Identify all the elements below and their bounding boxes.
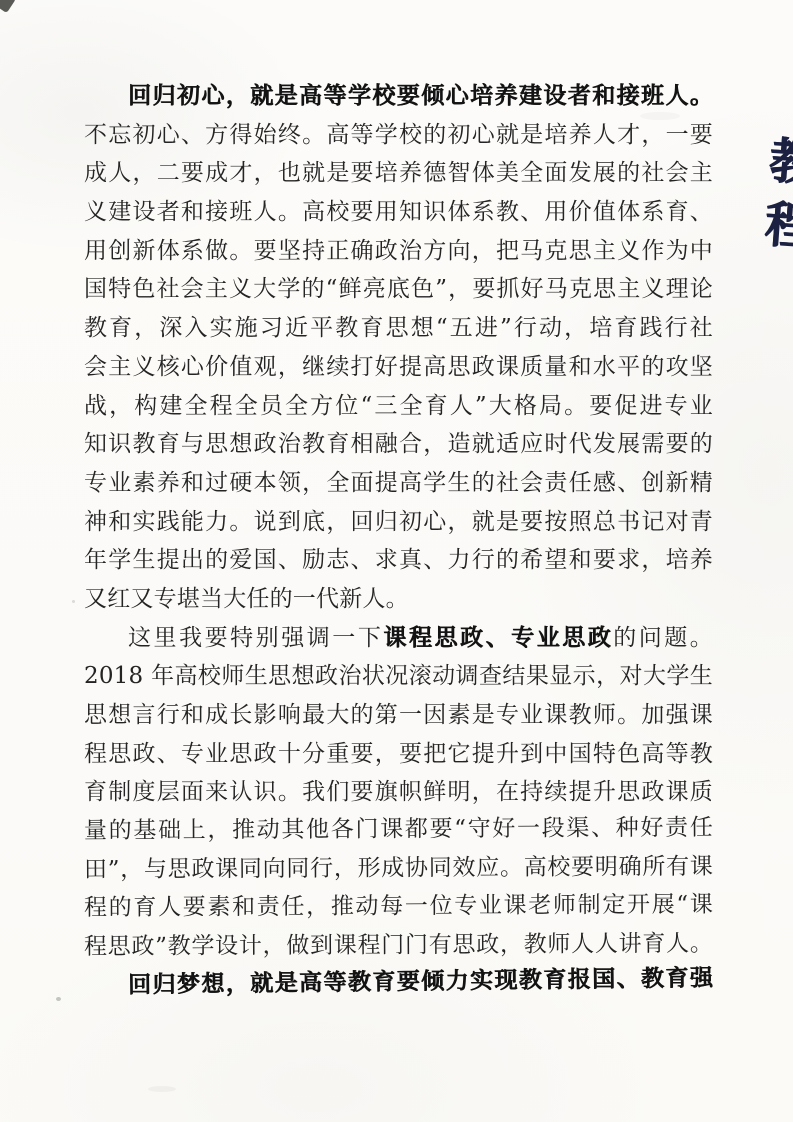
text-line: 量的基础上，推动其他各门课都要“守好一段渠、种好责任 <box>84 809 713 851</box>
scanned-document-page: 回归初心，就是高等学校要倾心培养建设者和接班人。不忘初心、方得始终。高等学校的初… <box>0 0 793 1122</box>
margin-note-char: 教 <box>767 133 793 192</box>
text-line: 田”，与思政课同向同行，形成协同效应。高校要明确所有课 <box>84 847 713 889</box>
text-segment: 育制度层面来认识。我们要旗帜鲜明，在持续提升思政课质 <box>84 779 713 805</box>
text-segment: 程的育人要素和责任，推动每一位专业课老师制定开展“课 <box>84 892 713 921</box>
text-line: 回归梦想，就是高等教育要倾力实现教育报国、教育强 <box>84 959 713 1005</box>
text-line: 知识教育与思想政治教育相融合，造就适应时代发展需要的 <box>84 425 713 464</box>
text-segment: 不忘初心、方得始终。高等学校的初心就是培养人才，一要 <box>84 122 713 148</box>
text-segment: 2018 年高校师生思想政治状况滚动调查结果显示，对大学生 <box>84 663 713 689</box>
text-segment: 量的基础上，推动其他各门课都要“守好一段渠、种好责任 <box>84 815 713 844</box>
text-line: 程的育人要素和责任，推动每一位专业课老师制定开展“课 <box>84 886 713 928</box>
text-line: 2018 年高校师生思想政治状况滚动调查结果显示，对大学生 <box>84 657 713 696</box>
text-line: 年学生提出的爱国、励志、求真、力行的希望和要求，培养 <box>84 541 713 580</box>
text-segment: 义建设者和接班人。高校要用知识体系教、用价值体系育、 <box>84 199 713 225</box>
text-line: 义建设者和接班人。高校要用知识体系教、用价值体系育、 <box>84 193 713 232</box>
text-segment: 神和实践能力。说到底，回归初心，就是要按照总书记对青 <box>84 509 713 535</box>
text-segment: 思想言行和成长影响最大的第一因素是专业课教师。加强课 <box>84 702 713 728</box>
text-segment: 田”，与思政课同向同行，形成协同效应。高校要明确所有课 <box>84 853 713 882</box>
bold-text-segment: 回归梦想，就是高等教育要倾力实现教育报国、教育强 <box>128 964 713 998</box>
text-segment: 战，构建全程全员全方位“三全育人”大格局。要促进专业 <box>84 393 713 419</box>
text-segment: 又红又专堪当大任的一代新人。 <box>84 586 409 612</box>
text-line: 教育，深入实施习近平教育思想“五进”行动，培育践行社 <box>84 309 713 348</box>
text-segment: 知识教育与思想政治教育相融合，造就适应时代发展需要的 <box>84 431 713 457</box>
text-segment: 的问题。 <box>613 625 713 651</box>
scan-speck <box>56 997 61 1001</box>
text-segment: 教育，深入实施习近平教育思想“五进”行动，培育践行社 <box>84 315 713 341</box>
text-segment: 这里我要特别强调一下 <box>128 625 383 651</box>
text-segment: 程思政”教学设计，做到课程门门有思政，教师人人讲育人。 <box>84 931 713 960</box>
scan-smudge <box>148 1086 176 1092</box>
scan-smudge <box>640 112 680 120</box>
text-line: 程思政、专业思政十分重要，要把它提升到中国特色高等教 <box>84 735 713 774</box>
text-line: 育制度层面来认识。我们要旗帜鲜明，在持续提升思政课质 <box>84 773 713 812</box>
text-line: 思想言行和成长影响最大的第一因素是专业课教师。加强课 <box>84 696 713 735</box>
margin-note-fragment: 教 程 <box>763 133 793 256</box>
text-line: 会主义核心价值观，继续打好提高思政课质量和水平的攻坚 <box>84 348 713 387</box>
text-line: 神和实践能力。说到底，回归初心，就是要按照总书记对青 <box>84 503 713 542</box>
text-line: 又红又专堪当大任的一代新人。 <box>84 580 713 619</box>
margin-note-char: 程 <box>763 197 793 256</box>
text-segment: 年学生提出的爱国、励志、求真、力行的希望和要求，培养 <box>84 547 713 573</box>
text-segment: 会主义核心价值观，继续打好提高思政课质量和水平的攻坚 <box>84 354 713 380</box>
bold-text-segment: 课程思政、专业思政 <box>383 624 613 651</box>
text-line: 专业素养和过硬本领，全面提高学生的社会责任感、创新精 <box>84 464 713 503</box>
bold-text-segment: 回归初心，就是高等学校要倾心培养建设者和接班人。 <box>128 82 713 109</box>
text-line: 不忘初心、方得始终。高等学校的初心就是培养人才，一要 <box>84 116 713 155</box>
text-line: 国特色社会主义大学的“鲜亮底色”，要抓好马克思主义理论 <box>84 270 713 309</box>
text-segment: 成人，二要成才，也就是要培养德智体美全面发展的社会主 <box>84 160 713 186</box>
text-segment: 国特色社会主义大学的“鲜亮底色”，要抓好马克思主义理论 <box>84 276 713 302</box>
scan-corner-artifact <box>0 0 16 13</box>
text-line: 用创新体系做。要坚持正确政治方向，把马克思主义作为中 <box>84 232 713 271</box>
text-segment: 用创新体系做。要坚持正确政治方向，把马克思主义作为中 <box>84 238 713 264</box>
text-line: 战，构建全程全员全方位“三全育人”大格局。要促进专业 <box>84 387 713 426</box>
text-line: 成人，二要成才，也就是要培养德智体美全面发展的社会主 <box>84 154 713 193</box>
text-segment: 程思政、专业思政十分重要，要把它提升到中国特色高等教 <box>84 741 713 767</box>
scan-speck <box>72 600 75 603</box>
text-line: 回归初心，就是高等学校要倾心培养建设者和接班人。 <box>84 77 713 116</box>
text-line: 这里我要特别强调一下课程思政、专业思政的问题。 <box>84 619 713 658</box>
text-segment: 专业素养和过硬本领，全面提高学生的社会责任感、创新精 <box>84 470 713 496</box>
document-text: 回归初心，就是高等学校要倾心培养建设者和接班人。不忘初心、方得始终。高等学校的初… <box>84 77 713 1006</box>
